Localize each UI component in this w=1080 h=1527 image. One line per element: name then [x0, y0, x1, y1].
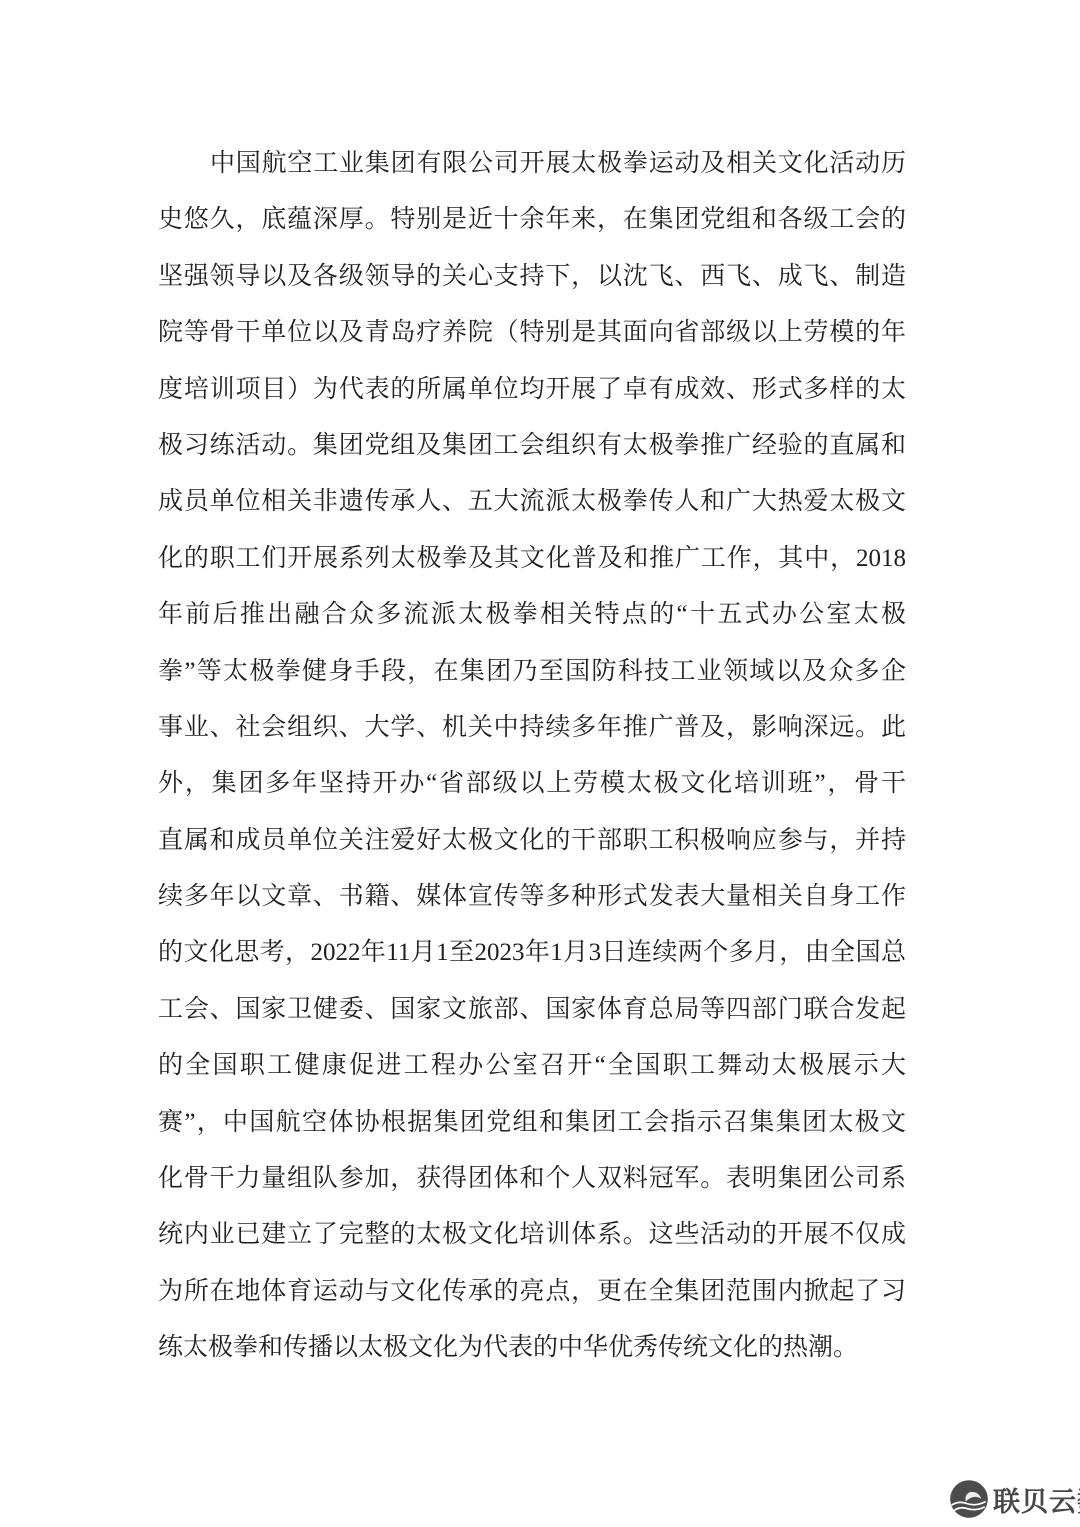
- text-line: 为所在地体育运动与文化传承的亮点，更在全集团范围内掀起了习: [158, 1264, 906, 1320]
- text-line: 中国航空工业集团有限公司开展太极拳运动及相关文化活动历: [158, 136, 906, 192]
- text-line: 化的职工们开展系列太极拳及其文化普及和推广工作，其中，2018: [158, 531, 906, 587]
- text-line: 外，集团多年坚持开办“省部级以上劳模太极文化培训班”，骨干: [158, 756, 906, 812]
- text-line: 事业、社会组织、大学、机关中持续多年推广普及，影响深远。此: [158, 700, 906, 756]
- text-line: 统内业已建立了完整的太极文化培训体系。这些活动的开展不仅成: [158, 1207, 906, 1263]
- body-paragraph: 中国航空工业集团有限公司开展太极拳运动及相关文化活动历 史悠久，底蕴深厚。特别是…: [158, 136, 906, 1377]
- text-line: 年前后推出融合众多流派太极拳相关特点的“十五式办公室太极: [158, 587, 906, 643]
- text-line: 化骨干力量组队参加，获得团体和个人双料冠军。表明集团公司系: [158, 1151, 906, 1207]
- text-line: 坚强领导以及各级领导的关心支持下，以沈飞、西飞、成飞、制造: [158, 249, 906, 305]
- document-page: 中国航空工业集团有限公司开展太极拳运动及相关文化活动历 史悠久，底蕴深厚。特别是…: [0, 0, 1080, 1527]
- text-line: 赛”，中国航空体协根据集团党组和集团工会指示召集集团太极文: [158, 1095, 906, 1151]
- sun-over-waves-icon: [948, 1478, 990, 1520]
- text-line: 直属和成员单位关注爱好太极文化的干部职工积极响应参与，并持: [158, 813, 906, 869]
- text-line: 工会、国家卫健委、国家文旅部、国家体育总局等四部门联合发起: [158, 982, 906, 1038]
- text-line: 的文化思考，2022年11月1至2023年1月3日连续两个多月，由全国总: [158, 925, 906, 981]
- text-line: 续多年以文章、书籍、媒体宣传等多种形式发表大量相关自身工作: [158, 869, 906, 925]
- text-line: 院等骨干单位以及青岛疗养院（特别是其面向省部级以上劳模的年: [158, 305, 906, 361]
- text-line: 史悠久，底蕴深厚。特别是近十余年来，在集团党组和各级工会的: [158, 192, 906, 248]
- text-line: 的全国职工健康促进工程办公室召开“全国职工舞动太极展示大: [158, 1038, 906, 1094]
- watermark: 联贝云数: [948, 1478, 1080, 1520]
- text-line: 成员单位相关非遗传承人、五大流派太极拳传人和广大热爱太极文: [158, 474, 906, 530]
- text-line: 度培训项目）为代表的所属单位均开展了卓有成效、形式多样的太: [158, 362, 906, 418]
- text-line: 拳”等太极拳健身手段，在集团乃至国防科技工业领域以及众多企: [158, 644, 906, 700]
- watermark-label: 联贝云数: [993, 1480, 1080, 1519]
- text-line: 练太极拳和传播以太极文化为代表的中华优秀传统文化的热潮。: [158, 1320, 906, 1376]
- text-line: 极习练活动。集团党组及集团工会组织有太极拳推广经验的直属和: [158, 418, 906, 474]
